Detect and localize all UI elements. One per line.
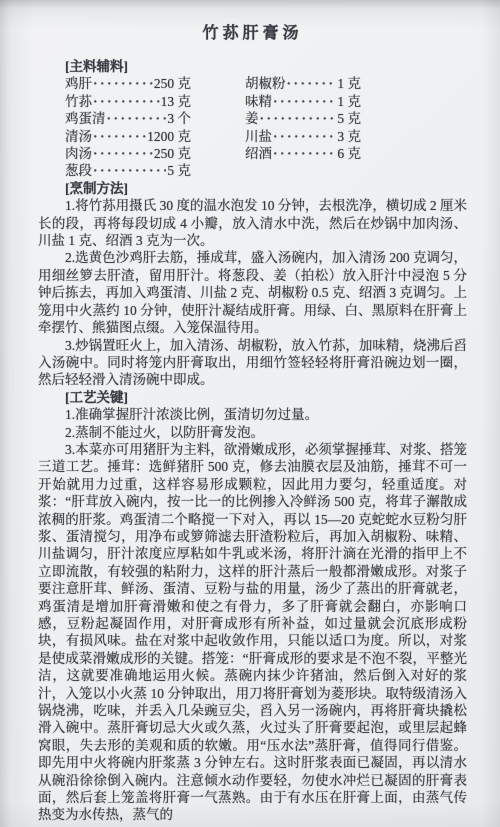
dot-leader [260,110,337,127]
ingredient-row: 姜 5 克 [245,110,361,127]
dot-leader [287,75,337,92]
recipe-body: [主料辅料] 鸡肝 250 克 竹荪 13 克 鸡蛋清 [38,58,467,824]
ingredient-name: 鸡肝 [65,75,92,92]
ingredient-row: 绍酒 6 克 [245,145,361,162]
dot-leader [93,128,146,145]
ingredient-row: 川盐 3 克 [245,128,361,145]
dot-leader [93,162,166,179]
ingredient-value: 1200 克 [147,128,191,145]
ingredient-value: 1 克 [337,93,361,110]
ingredient-name: 味精 [245,93,272,110]
ingredient-value: 250 克 [154,75,191,92]
ingredients-list: 鸡肝 250 克 竹荪 13 克 鸡蛋清 3 个 [65,75,467,179]
dot-leader [93,145,153,162]
ingredient-value: 13 克 [161,93,191,110]
ingredients-column-right: 胡椒粉 1 克 味精 1 克 姜 5 克 川盐 [245,75,361,162]
ingredient-row: 清汤 1200 克 [65,128,191,145]
ingredient-row: 肉汤 250 克 [65,145,191,162]
ingredient-name: 胡椒粉 [245,75,286,92]
page-content: 竹荪肝膏汤 [主料辅料] 鸡肝 250 克 竹荪 13 克 [38,24,467,824]
ingredient-row: 鸡蛋清 3 个 [65,110,191,127]
ingredient-value: 1 克 [337,75,361,92]
technique-header: [工艺关键] [38,389,467,406]
ingredients-header: [主料辅料] [38,58,467,75]
method-header: [烹制方法] [38,180,467,197]
recipe-title: 竹荪肝膏汤 [38,24,467,44]
ingredient-name: 清汤 [65,128,92,145]
ingredient-row: 鸡肝 250 克 [65,75,191,92]
ingredient-row: 胡椒粉 1 克 [245,75,361,92]
ingredient-name: 葱段 [65,162,92,179]
dot-leader [93,75,153,92]
ingredient-row: 竹荪 13 克 [65,93,191,110]
ingredient-name: 竹荪 [65,93,92,110]
dot-leader [273,145,336,162]
dot-leader [273,93,336,110]
ingredient-value: 3 克 [337,128,361,145]
ingredient-name: 鸡蛋清 [65,110,106,127]
dot-leader [273,128,336,145]
dot-leader [107,110,167,127]
ingredient-name: 绍酒 [245,145,272,162]
recipe-page: 竹荪肝膏汤 [主料辅料] 鸡肝 250 克 竹荪 13 克 [0,0,500,827]
method-step-1: 1.将竹荪用摄氏 30 度的温水泡发 10 分钟，去根洗净，横切成 2 厘米长的… [38,197,467,249]
dot-leader [93,93,160,110]
method-step-2: 2.选黄色沙鸡肝去筋，捶成茸，盛入汤碗内，加入清汤 200 克调匀，用细丝箩去肝… [38,249,467,336]
ingredient-row: 味精 1 克 [245,93,361,110]
method-step-3: 3.炒锅置旺火上，加入清汤、胡椒粉，放入竹荪，加味精，烧沸后舀入汤碗中。同时将笼… [38,337,467,389]
ingredient-name: 姜 [245,110,259,127]
ingredient-value: 250 克 [154,145,191,162]
technique-point-1: 1.准确掌握肝汁浓淡比例，蛋清切勿过量。 [38,406,467,423]
ingredient-value: 5 克 [337,110,361,127]
ingredients-column-left: 鸡肝 250 克 竹荪 13 克 鸡蛋清 3 个 [65,75,191,179]
ingredient-value: 3 个 [167,110,191,127]
ingredient-name: 肉汤 [65,145,92,162]
ingredient-value: 6 克 [337,145,361,162]
technique-point-3: 3.本菜亦可用猪肝为主料，欲滑嫩成形，必须掌握捶茸、对浆、搭笼三道工艺。捶茸：选… [38,441,467,824]
technique-point-2: 2.蒸制不能过火，以防肝膏发泡。 [38,424,467,441]
ingredient-row: 葱段 5 克 [65,162,191,179]
ingredient-name: 川盐 [245,128,272,145]
ingredient-value: 5 克 [167,162,191,179]
